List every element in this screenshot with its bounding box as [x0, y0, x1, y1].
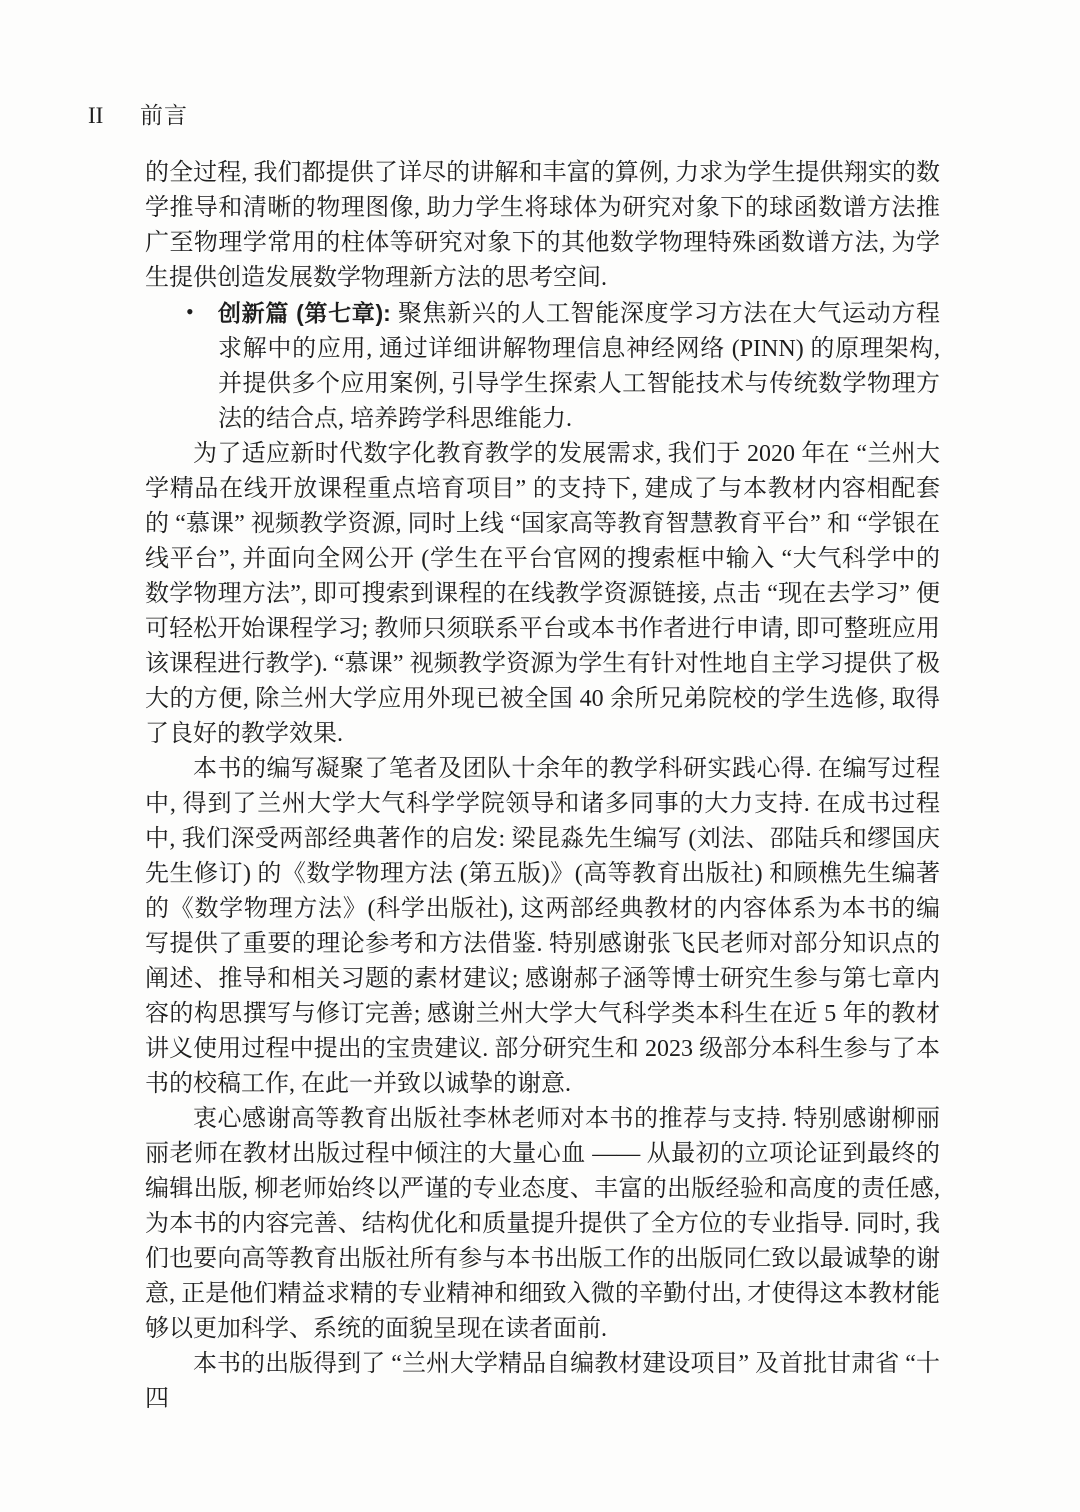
paragraph-acknowledgement-press: 衷心感谢高等教育出版社李林老师对本书的推荐与支持. 特别感谢柳丽丽老师在教材出版… [145, 1102, 940, 1347]
continuation-paragraph: 的全过程, 我们都提供了详尽的讲解和丰富的算例, 力求为学生提供翔实的数学推导和… [145, 156, 940, 296]
bullet-paragraph: 创新篇 (第七章): 聚焦新兴的人工智能深度学习方法在大气运动方程求解中的应用,… [218, 296, 940, 437]
running-header: II前言 [88, 103, 188, 129]
page-number: II [88, 103, 140, 129]
header-title: 前言 [140, 103, 188, 128]
paragraph-acknowledgement-team: 本书的编写凝聚了笔者及团队十余年的教学科研实践心得. 在编写过程中, 得到了兰州… [145, 752, 940, 1102]
page-body: 的全过程, 我们都提供了详尽的讲解和丰富的算例, 力求为学生提供翔实的数学推导和… [145, 156, 940, 1417]
paragraph-funding: 本书的出版得到了 “兰州大学精品自编教材建设项目” 及首批甘肃省 “十四 [145, 1347, 940, 1417]
book-page: II前言 的全过程, 我们都提供了详尽的讲解和丰富的算例, 力求为学生提供翔实的… [0, 0, 1080, 1512]
bullet-item-label: 创新篇 (第七章): [218, 300, 398, 326]
bullet-icon: • [186, 294, 194, 329]
paragraph-mooc: 为了适应新时代数字化教育教学的发展需求, 我们于 2020 年在 “兰州大学精品… [145, 437, 940, 752]
bullet-item: • 创新篇 (第七章): 聚焦新兴的人工智能深度学习方法在大气运动方程求解中的应… [218, 296, 940, 437]
